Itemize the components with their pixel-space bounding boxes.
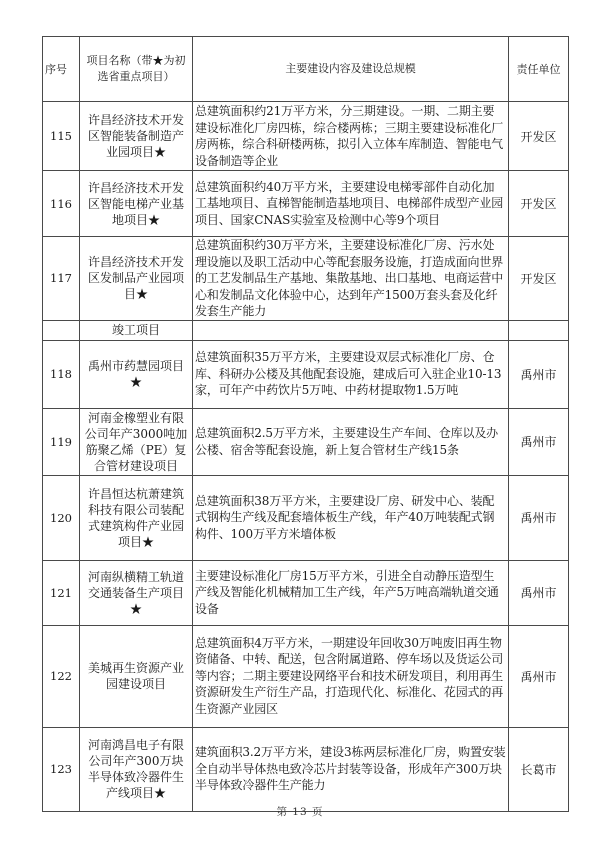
section-empty-cell xyxy=(193,320,509,340)
page-number: 第 13 页 xyxy=(0,804,600,819)
row-construction-content: 总建筑面积35万平方米，主要建设双层式标准化厂房、仓库、科研办公楼及其他配套设施… xyxy=(193,340,509,408)
row-project-name: 河南纵横精工轨道交通装备生产项目★ xyxy=(80,560,193,625)
project-table: 序号 项目名称（带★为初选省重点项目） 主要建设内容及建设总规模 责任单位 11… xyxy=(42,36,569,812)
row-construction-content: 总建筑面积4万平方米，一期建设年回收30万吨废旧再生物资储备、中转、配送，包含附… xyxy=(193,625,509,727)
row-serial-number: 118 xyxy=(43,340,80,408)
section-label: 竣工项目 xyxy=(80,320,193,340)
table-row: 121 河南纵横精工轨道交通装备生产项目★ 主要建设标准化厂房15万平方米，引进… xyxy=(43,560,569,625)
section-empty-cell xyxy=(509,320,569,340)
row-project-name: 许昌经济技术开发区发制品产业园项目★ xyxy=(80,237,193,321)
table-row: 118 禹州市药慧园项目★ 总建筑面积35万平方米，主要建设双层式标准化厂房、仓… xyxy=(43,340,569,408)
row-responsible-unit: 开发区 xyxy=(509,171,569,237)
row-serial-number: 117 xyxy=(43,237,80,321)
section-row-completed-projects: 竣工项目 xyxy=(43,320,569,340)
row-responsible-unit: 禹州市 xyxy=(509,408,569,475)
row-serial-number: 122 xyxy=(43,625,80,727)
row-responsible-unit: 禹州市 xyxy=(509,625,569,727)
row-responsible-unit: 开发区 xyxy=(509,102,569,171)
row-construction-content: 总建筑面积约40万平方米，主要建设电梯零部件自动化加工基地项目、直梯智能制造基地… xyxy=(193,171,509,237)
table-row: 117 许昌经济技术开发区发制品产业园项目★ 总建筑面积约30万平方米，主要建设… xyxy=(43,237,569,321)
table-row: 122 美城再生资源产业园建设项目 总建筑面积4万平方米，一期建设年回收30万吨… xyxy=(43,625,569,727)
row-responsible-unit: 禹州市 xyxy=(509,560,569,625)
row-project-name: 美城再生资源产业园建设项目 xyxy=(80,625,193,727)
header-responsible-unit: 责任单位 xyxy=(509,37,569,102)
section-empty-cell xyxy=(43,320,80,340)
row-project-name: 许昌经济技术开发区智能装备制造产业园项目★ xyxy=(80,102,193,171)
row-project-name: 许昌恒达杭萧建筑科技有限公司装配式建筑构件产业园项目★ xyxy=(80,475,193,560)
table-row: 115 许昌经济技术开发区智能装备制造产业园项目★ 总建筑面积约21万平方米，分… xyxy=(43,102,569,171)
table-row: 116 许昌经济技术开发区智能电梯产业基地项目★ 总建筑面积约40万平方米，主要… xyxy=(43,171,569,237)
row-construction-content: 建筑面积3.2万平方米，建设3栋两层标准化厂房，购置安装全自动半导体热电致冷芯片… xyxy=(193,727,509,811)
row-project-name: 河南金橡塑业有限公司年产3000吨加筋聚乙烯（PE）复合管材建设项目 xyxy=(80,408,193,475)
header-serial-number: 序号 xyxy=(43,37,80,102)
row-serial-number: 120 xyxy=(43,475,80,560)
row-construction-content: 总建筑面积约30万平方米，主要建设标准化厂房、污水处理设施以及职工活动中心等配套… xyxy=(193,237,509,321)
row-serial-number: 116 xyxy=(43,171,80,237)
row-responsible-unit: 禹州市 xyxy=(509,340,569,408)
row-construction-content: 总建筑面积2.5万平方米，主要建设生产车间、仓库以及办公楼、宿舍等配套设施，新上… xyxy=(193,408,509,475)
row-construction-content: 总建筑面积约21万平方米，分三期建设。一期、二期主要建设标准化厂房四栋，综合楼两… xyxy=(193,102,509,171)
row-project-name: 许昌经济技术开发区智能电梯产业基地项目★ xyxy=(80,171,193,237)
row-construction-content: 主要建设标准化厂房15万平方米，引进全自动静压造型生产线及智能化机械精加工生产线… xyxy=(193,560,509,625)
header-project-name: 项目名称（带★为初选省重点项目） xyxy=(80,37,193,102)
table-row: 119 河南金橡塑业有限公司年产3000吨加筋聚乙烯（PE）复合管材建设项目 总… xyxy=(43,408,569,475)
row-responsible-unit: 禹州市 xyxy=(509,475,569,560)
table-row: 123 河南鸿昌电子有限公司年产300万块半导体致冷器件生产线项目★ 建筑面积3… xyxy=(43,727,569,811)
row-construction-content: 总建筑面积38万平方米，主要建设厂房、研发中心、装配式钢构生产线及配套墙体板生产… xyxy=(193,475,509,560)
table-header-row: 序号 项目名称（带★为初选省重点项目） 主要建设内容及建设总规模 责任单位 xyxy=(43,37,569,102)
row-serial-number: 123 xyxy=(43,727,80,811)
row-serial-number: 119 xyxy=(43,408,80,475)
row-responsible-unit: 开发区 xyxy=(509,237,569,321)
row-project-name: 河南鸿昌电子有限公司年产300万块半导体致冷器件生产线项目★ xyxy=(80,727,193,811)
row-serial-number: 121 xyxy=(43,560,80,625)
header-construction-content: 主要建设内容及建设总规模 xyxy=(193,37,509,102)
row-responsible-unit: 长葛市 xyxy=(509,727,569,811)
table-row: 120 许昌恒达杭萧建筑科技有限公司装配式建筑构件产业园项目★ 总建筑面积38万… xyxy=(43,475,569,560)
document-page: 序号 项目名称（带★为初选省重点项目） 主要建设内容及建设总规模 责任单位 11… xyxy=(0,0,600,848)
row-serial-number: 115 xyxy=(43,102,80,171)
row-project-name: 禹州市药慧园项目★ xyxy=(80,340,193,408)
